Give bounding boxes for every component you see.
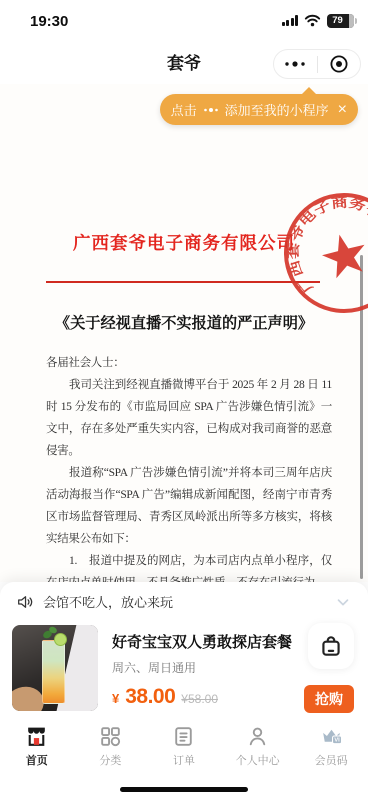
clock: 19:30 (30, 13, 68, 30)
tab-categories[interactable]: 分类 (74, 718, 148, 774)
more-button[interactable] (274, 50, 317, 78)
toast-prefix: 点击 (171, 100, 197, 119)
price-value: 38.00 (125, 685, 175, 709)
tab-bar: 首页 分类 订单 (0, 718, 368, 774)
battery-icon: 79 (327, 14, 354, 28)
product-card[interactable]: 好奇宝宝双人勇敢探店套餐 周六、周日通用 ¥38.00 ¥58.00 抢购 (12, 623, 356, 721)
product-availability: 周六、周日通用 (112, 659, 196, 676)
tab-profile[interactable]: 个人中心 (221, 718, 295, 774)
status-bar: 19:30 79 (0, 0, 368, 44)
minimize-button[interactable] (318, 50, 361, 78)
battery-percent: 79 (327, 15, 348, 26)
red-divider (46, 281, 320, 283)
seal-star (318, 229, 368, 280)
statement-body: 各届社会人士： 我司关注到经视直播微博平台于 2025 年 2 月 28 日 1… (46, 352, 332, 582)
home-storefront-icon (24, 724, 49, 749)
speaker-icon (16, 593, 34, 611)
salutation: 各届社会人士： (46, 352, 332, 374)
add-to-favorites-toast: 点击 添加至我的小程序 × (160, 94, 358, 125)
toast-close-icon[interactable]: × (338, 102, 347, 118)
mini-program-dots-icon (203, 107, 219, 113)
person-icon (245, 724, 270, 749)
more-icon (284, 60, 306, 68)
cart-bag-button[interactable] (308, 623, 354, 669)
tab-label: 首页 (26, 752, 48, 768)
tab-home[interactable]: 首页 (0, 718, 74, 774)
member-crown-icon: VI (319, 724, 344, 749)
bottom-sheet: 会馆不吃人，放心来玩 好奇宝宝双人勇敢探店套餐 周六、周日通用 ¥38.00 ¥… (0, 582, 368, 800)
announcement-bar[interactable]: 会馆不吃人，放心来玩 (0, 582, 368, 615)
chevron-down-icon[interactable] (334, 593, 352, 611)
statement-document[interactable]: 广西套爷电子商务有限公司 《关于经视直播不实报道的严正声明》 各届社会人士： 我… (0, 84, 368, 582)
toast-message: 添加至我的小程序 (225, 100, 329, 119)
tab-orders[interactable]: 订单 (147, 718, 221, 774)
svg-text:VI: VI (334, 738, 340, 744)
wifi-icon (304, 14, 321, 27)
orders-document-icon (171, 724, 196, 749)
announcement-text: 会馆不吃人，放心来玩 (43, 592, 325, 611)
minimize-icon (329, 54, 349, 74)
shopping-bag-icon (318, 633, 344, 659)
signal-icon (282, 15, 299, 26)
buy-now-button[interactable]: 抢购 (304, 685, 354, 713)
paragraph: 报道称“SPA 广告涉嫌色情引流”并将本司三周年店庆活动海报当作“SPA 广告”… (46, 462, 332, 550)
capsule-menu (273, 49, 361, 79)
original-price: ¥58.00 (181, 692, 218, 706)
product-image (12, 625, 98, 711)
paragraph: 1. 报道中提及的网店，为本司店内点单小程序，仅在店内点单时使用，不具备推广性质… (46, 550, 332, 582)
tab-label: 订单 (173, 752, 195, 768)
tab-label: 会员码 (315, 752, 348, 768)
home-indicator[interactable] (120, 787, 248, 792)
paragraph: 我司关注到经视直播微博平台于 2025 年 2 月 28 日 11 时 15 分… (46, 374, 332, 462)
tab-label: 个人中心 (236, 752, 280, 768)
product-title: 好奇宝宝双人勇敢探店套餐 (112, 631, 292, 652)
tab-member-code[interactable]: VI 会员码 (294, 718, 368, 774)
category-grid-icon (98, 724, 123, 749)
price-row: ¥38.00 ¥58.00 (112, 685, 218, 709)
company-seal-stamp: 广西套爷电子商务有限公司 (264, 173, 368, 333)
currency-symbol: ¥ (112, 691, 119, 706)
nav-bar: 套爷 (0, 44, 368, 84)
mini-program-window: 19:30 79 套爷 (0, 0, 368, 800)
tab-label: 分类 (99, 752, 121, 768)
